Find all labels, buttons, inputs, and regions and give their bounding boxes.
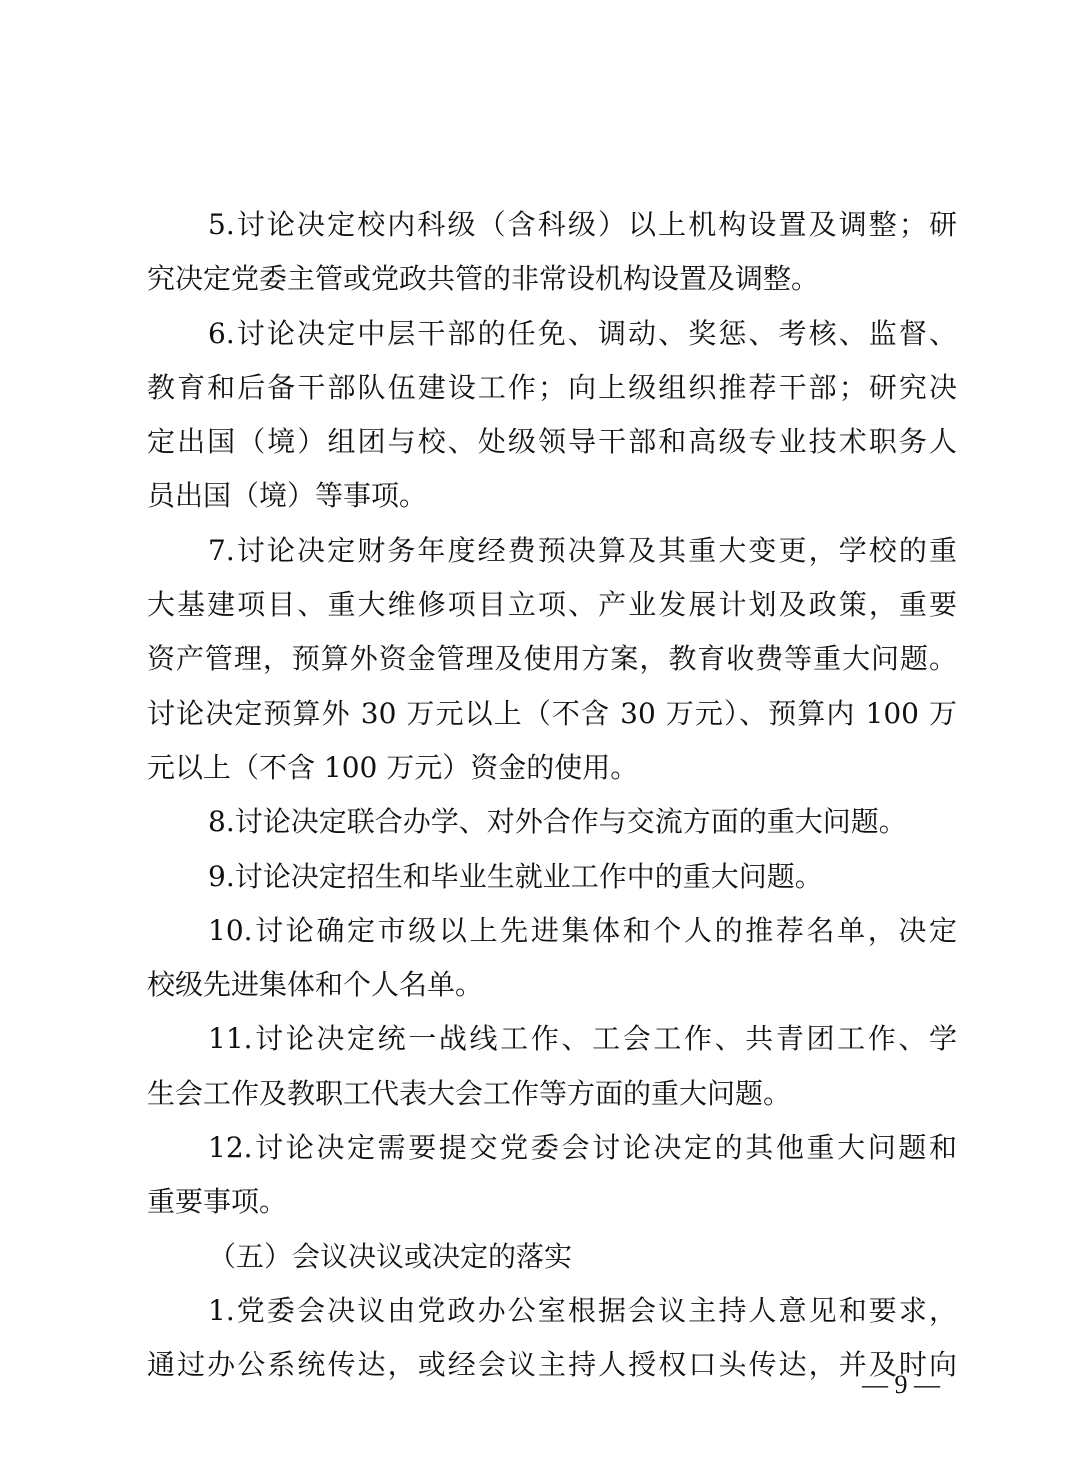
text-line: 讨论决定预算外 30 万元以上（不含 30 万元）、预算内 100 万 (147, 687, 957, 741)
text-line: 通过办公系统传达，或经会议主持人授权口头传达，并及时向 (147, 1338, 957, 1392)
text-line: 重要事项。 (147, 1175, 957, 1229)
text-line: 定出国（境）组团与校、处级领导干部和高级专业技术职务人 (147, 415, 957, 469)
text-line: 教育和后备干部队伍建设工作；向上级组织推荐干部；研究决 (147, 361, 957, 415)
text-line: 6.讨论决定中层干部的任免、调动、奖惩、考核、监督、 (147, 307, 957, 361)
text-line: 11.讨论决定统一战线工作、工会工作、共青团工作、学 (147, 1012, 957, 1066)
text-line: 5.讨论决定校内科级（含科级）以上机构设置及调整；研 (147, 198, 957, 252)
text-line: 校级先进集体和个人名单。 (147, 958, 957, 1012)
text-line: 究决定党委主管或党政共管的非常设机构设置及调整。 (147, 252, 957, 306)
page-number: — 9 — (862, 1368, 940, 1402)
text-line: 9.讨论决定招生和毕业生就业工作中的重大问题。 (147, 850, 957, 904)
document-body: 5.讨论决定校内科级（含科级）以上机构设置及调整；研 究决定党委主管或党政共管的… (147, 198, 957, 1393)
text-line: 7.讨论决定财务年度经费预决算及其重大变更，学校的重 (147, 524, 957, 578)
text-line: 生会工作及教职工代表大会工作等方面的重大问题。 (147, 1067, 957, 1121)
text-line: 员出国（境）等事项。 (147, 469, 957, 523)
text-line: 元以上（不含 100 万元）资金的使用。 (147, 741, 957, 795)
text-line: 12.讨论决定需要提交党委会讨论决定的其他重大问题和 (147, 1121, 957, 1175)
text-line: 资产管理，预算外资金管理及使用方案，教育收费等重大问题。 (147, 632, 957, 686)
text-line: 10.讨论确定市级以上先进集体和个人的推荐名单，决定 (147, 904, 957, 958)
text-line: 8.讨论决定联合办学、对外合作与交流方面的重大问题。 (147, 795, 957, 849)
text-line: 大基建项目、重大维修项目立项、产业发展计划及政策，重要 (147, 578, 957, 632)
text-line: 1.党委会决议由党政办公室根据会议主持人意见和要求， (147, 1284, 957, 1338)
section-heading: （五）会议决议或决定的落实 (147, 1230, 957, 1284)
